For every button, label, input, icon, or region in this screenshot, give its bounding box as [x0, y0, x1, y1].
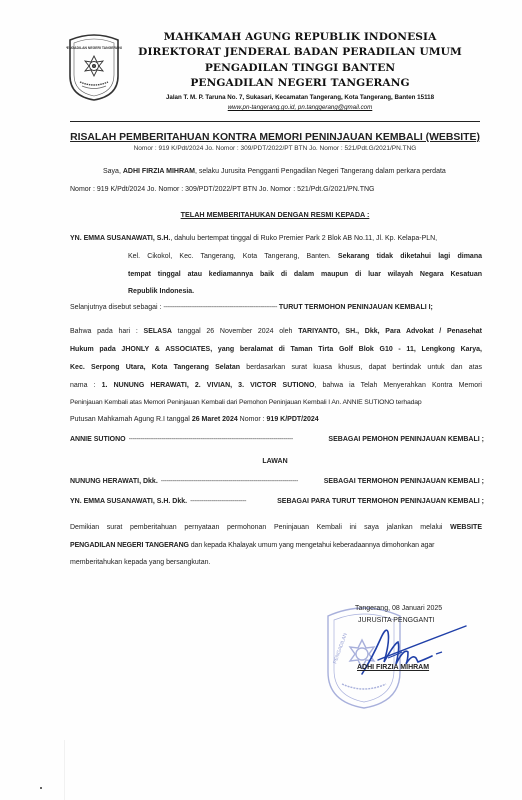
- intro-rest: , selaku Jurusita Pengganti Pengadilan N…: [195, 168, 446, 175]
- signature-place-date: Tangerang, 08 Januari 2025: [355, 605, 442, 612]
- recipient-address: , dahulu bertempat tinggal di Ruko Premi…: [170, 235, 437, 242]
- letterhead-line-3: PENGADILAN TINGGI BANTEN: [120, 61, 480, 76]
- letterhead-divider: [70, 121, 480, 122]
- recipient-status: Sekarang tidak diketahui lagi dimana: [338, 253, 482, 260]
- decision-date: 26 Maret 2024: [192, 416, 238, 423]
- body-line-5: Peninjauan Kembali atas Memori Peninjaua…: [70, 398, 422, 407]
- body-line-2: Hukum pada JHONLY & ASSOCIATES, yang ber…: [70, 345, 482, 354]
- body-text: nama :: [70, 382, 102, 389]
- party-role: SEBAGAI PEMOHON PENINJAUAN KEMBALI ;: [328, 436, 484, 443]
- recipient-line-1: YN. EMMA SUSANAWATI, S.H., dahulu bertem…: [70, 234, 437, 243]
- recipient-line-4: Republik Indonesia.: [128, 287, 194, 296]
- letterhead-web-email: www.pn-tangerang.go.id, pn.tanggerang@gm…: [120, 103, 480, 113]
- closing-line-3: memberitahukan kepada yang bersangkutan.: [70, 558, 210, 567]
- body-text: tanggal 26 November 2024 oleh: [172, 328, 298, 335]
- court-name: PENGADILAN NEGERI TANGERANG: [70, 542, 189, 549]
- document-title: RISALAH PEMBERITAHUAN KONTRA MEMORI PENI…: [70, 132, 480, 143]
- court-emblem-icon: PENGADILAN NEGERI TANGERANG: [66, 32, 122, 102]
- advocate-address: Kec. Serpong Utara, Kota Tangerang Selat…: [70, 364, 240, 371]
- document-number: Nomor : 919 K/Pdt/2024 Jo. Nomor : 309/P…: [70, 145, 480, 152]
- body-line-6: Putusan Mahkamah Agung R.I tanggal 26 Ma…: [70, 415, 319, 424]
- party-row: YN. EMMA SUSANAWATI, S.H. Dkk. ---------…: [70, 498, 484, 505]
- designation-dashes: ----------------------------------------…: [163, 304, 277, 311]
- party-dashes: ----------------------------------------…: [129, 436, 326, 443]
- body-day: SELASA: [144, 328, 172, 335]
- body-text: berdasarkan surat kuasa khusus, dapat be…: [240, 364, 482, 371]
- svg-text:PENGADILAN NEGERI TANGERANG: PENGADILAN NEGERI TANGERANG: [66, 46, 122, 50]
- recipient-address-cont: Kel. Cikokol, Kec. Tangerang, Kota Tange…: [128, 253, 338, 260]
- party-name: NUNUNG HERAWATI, Dkk.: [70, 478, 158, 485]
- party-role: SEBAGAI TERMOHON PENINJAUAN KEMBALI ;: [324, 478, 484, 485]
- party-row: NUNUNG HERAWATI, Dkk. ------------------…: [70, 478, 484, 485]
- body-text: , bahwa ia Telah Menyerahkan Kontra Memo…: [314, 382, 482, 389]
- party-dashes: -----------------------------: [190, 498, 274, 505]
- party-dashes: ----------------------------------------…: [161, 478, 321, 485]
- party-row: ANNIE SUTIONO --------------------------…: [70, 436, 484, 443]
- designation-line: Selanjutnya disebut sebagai : ----------…: [70, 303, 433, 312]
- letterhead-line-4: PENGADILAN NEGERI TANGERANG: [120, 76, 480, 91]
- signatory-name: ADHI FIRZIA MIHRAM: [357, 664, 429, 671]
- versus-label: LAWAN: [70, 457, 480, 466]
- letterhead: MAHKAMAH AGUNG REPUBLIK INDONESIA DIREKT…: [120, 30, 480, 113]
- letterhead-address: Jalan T. M. P. Taruna No. 7, Sukasari, K…: [120, 93, 480, 103]
- closing-text: dan kepada Khalayak umum yang mengetahui…: [189, 542, 434, 549]
- closing-line-1: Demikian surat pemberitahuan pernyataan …: [70, 523, 482, 532]
- recipient-name: YN. EMMA SUSANAWATI, S.H.: [70, 235, 170, 242]
- party-name: ANNIE SUTIONO: [70, 436, 126, 443]
- decision-number: 919 K/PDT/2024: [267, 416, 319, 423]
- body-text: Bahwa pada hari :: [70, 328, 144, 335]
- designation-value: TURUT TERMOHON PENINJAUAN KEMBALI I;: [277, 304, 433, 311]
- scan-edge: [64, 740, 65, 800]
- intro-line-1: Saya, ADHI FIRZIA MIHRAM, selaku Jurusit…: [103, 167, 446, 176]
- body-line-4: nama : 1. NUNUNG HERAWATI, 2. VIVIAN, 3.…: [70, 381, 482, 390]
- body-text: Putusan Mahkamah Agung R.I tanggal: [70, 416, 192, 423]
- designation-label: Selanjutnya disebut sebagai :: [70, 304, 163, 311]
- intro-saya: Saya,: [103, 168, 123, 175]
- closing-line-2: PENGADILAN NEGERI TANGERANG dan kepada K…: [70, 541, 434, 550]
- closing-website: WEBSITE: [450, 524, 482, 531]
- document-page: PENGADILAN NEGERI TANGERANG MAHKAMAH AGU…: [0, 0, 522, 800]
- svg-text:PENGADILAN: PENGADILAN: [332, 632, 349, 665]
- party-name: YN. EMMA SUSANAWATI, S.H. Dkk.: [70, 498, 187, 505]
- body-text: Nomor :: [238, 416, 267, 423]
- letterhead-line-2: DIREKTORAT JENDERAL BADAN PERADILAN UMUM: [120, 45, 480, 60]
- advocate-name: TARIYANTO, SH., Dkk, Para Advokat / Pena…: [298, 328, 482, 335]
- letterhead-line-1: MAHKAMAH AGUNG REPUBLIK INDONESIA: [120, 30, 480, 45]
- body-line-3: Kec. Serpong Utara, Kota Tangerang Selat…: [70, 363, 482, 372]
- notified-heading: TELAH MEMBERITAHUKAN DENGAN RESMI KEPADA…: [70, 210, 480, 219]
- closing-text: Demikian surat pemberitahuan pernyataan …: [70, 524, 450, 531]
- intro-line-2: Nomor : 919 K/Pdt/2024 Jo. Nomor : 309/P…: [70, 185, 375, 194]
- party-role: SEBAGAI PARA TURUT TERMOHON PENINJAUAN K…: [277, 498, 484, 505]
- bailiff-name: ADHI FIRZIA MIHRAM: [123, 168, 195, 175]
- recipient-line-2: Kel. Cikokol, Kec. Tangerang, Kota Tange…: [128, 252, 482, 261]
- client-names: 1. NUNUNG HERAWATI, 2. VIVIAN, 3. VICTOR…: [102, 382, 315, 389]
- recipient-line-3: tempat tinggal atau kediamannya baik di …: [128, 270, 482, 279]
- scan-artifact: [40, 787, 42, 789]
- body-line-1: Bahwa pada hari : SELASA tanggal 26 Nove…: [70, 327, 482, 336]
